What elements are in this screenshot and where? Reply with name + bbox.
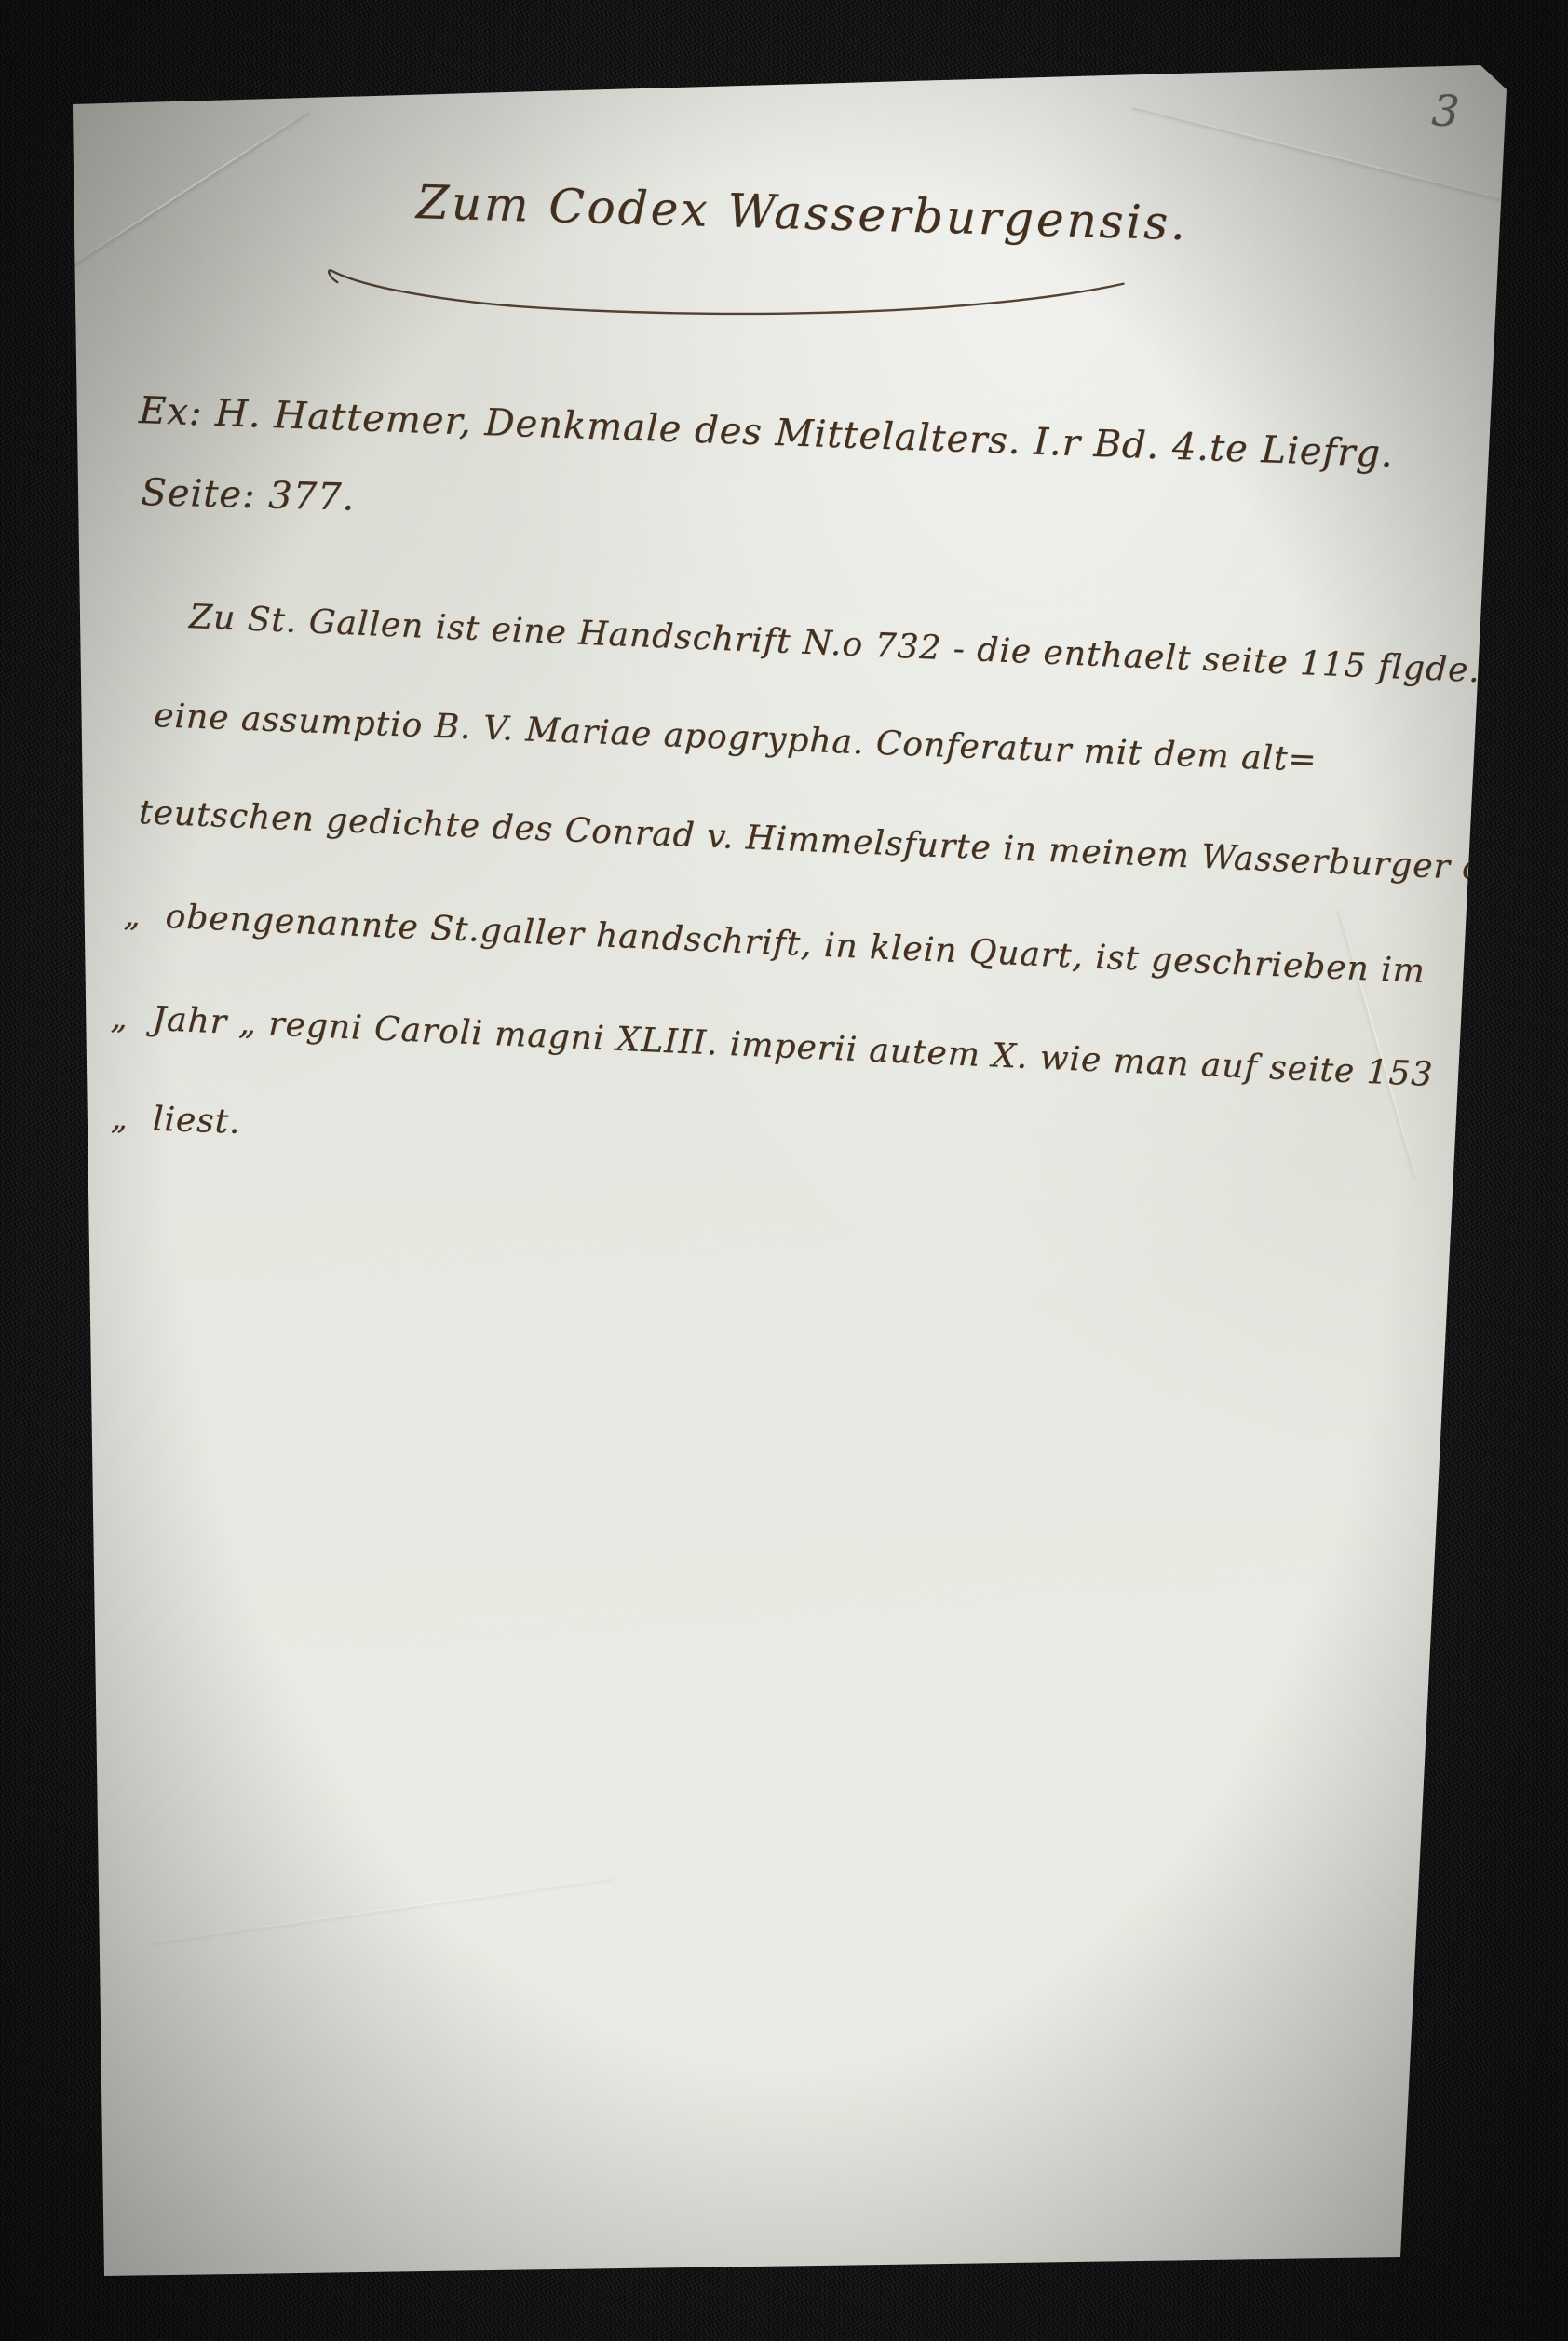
photo-vignette — [0, 0, 1568, 2341]
manuscript-photo: Zum Codex Wasserburgensis. Ex: H. Hattem… — [0, 0, 1568, 2341]
